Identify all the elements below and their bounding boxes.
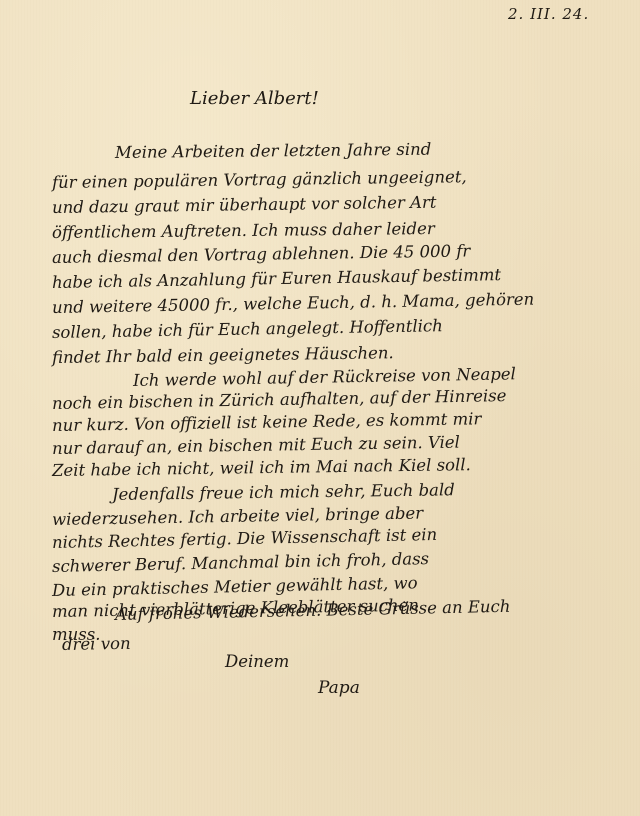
letter-line: für einen populären Vortrag gänzlich ung… (52, 169, 467, 191)
letter-line: findet Ihr bald ein geeignetes Häuschen. (52, 345, 394, 366)
letter-line: nur kurz. Von offiziell ist keine Rede, … (52, 411, 482, 434)
letter-line: Meine Arbeiten der letzten Jahre sind (115, 142, 431, 162)
letter-line: Zeit habe ich nicht, weil ich im Mai nac… (52, 457, 471, 479)
letter-line: auch diesmal den Vortrag ablehnen. Die 4… (52, 243, 471, 266)
letter-signature: Papa (318, 678, 360, 698)
letter-line: wiederzusehen. Ich arbeite viel, bringe … (52, 506, 423, 529)
letter-line: sollen, habe ich für Euch angelegt. Hoff… (52, 318, 443, 341)
letter-closing: Deinem (225, 652, 289, 671)
letter-line: drei von (62, 636, 131, 654)
letter-line: öffentlichem Auftreten. Ich muss daher l… (52, 221, 435, 242)
letter-line: habe ich als Anzahlung für Euren Hauskau… (52, 267, 501, 291)
letter-salutation: Lieber Albert! (190, 88, 319, 109)
letter-line: und dazu graut mir überhaupt vor solcher… (52, 195, 437, 217)
letter-line: nur darauf an, ein bischen mit Euch zu s… (52, 435, 460, 458)
letter-line: nichts Rechtes fertig. Die Wissenschaft … (52, 527, 437, 552)
letter-line: schwerer Beruf. Manchmal bin ich froh, d… (52, 551, 429, 575)
letter-line: Jedenfalls freue ich mich sehr, Euch bal… (112, 482, 455, 503)
letter-line: und weitere 45000 fr., welche Euch, d. h… (52, 292, 534, 317)
letter-line: noch ein bischen in Zürich aufhalten, au… (52, 388, 507, 412)
letter-date: 2. III. 24. (508, 5, 589, 23)
letter-page: 2. III. 24. Lieber Albert! Meine Arbeite… (0, 0, 640, 816)
